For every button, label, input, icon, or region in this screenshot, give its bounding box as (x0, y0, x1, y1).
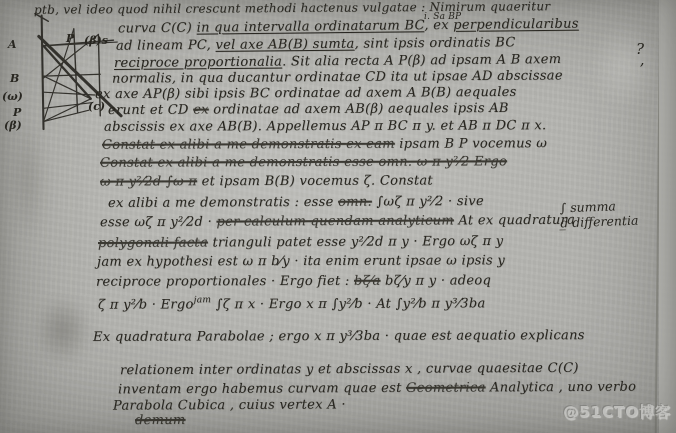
handwritten-text: in qua intervalla ordinatarum BC (197, 18, 425, 35)
handwritten-text: vel axe AB(B) sumta (215, 37, 354, 53)
struck-text: bζ⁄a (354, 274, 381, 289)
diagram-point-label: P (13, 106, 21, 119)
handwritten-text: ∫ωζ π y²⁄2 · sive (372, 194, 484, 210)
manuscript-line: ω π y²⁄2d ∫ω π et ipsam B(B) vocemus ζ. … (100, 174, 433, 188)
handwritten-text: ptb, vel ideo quod nihil crescunt method… (34, 0, 550, 17)
handwritten-text: jam ex hypothesi est ω π b⁄y · ita enim … (97, 253, 505, 269)
handwritten-text: ipsam B P vocemus ω (395, 136, 547, 152)
manuscript-line: Ex quadratura Parabolae ; ergo x π y³⁄3b… (93, 329, 585, 344)
handwritten-text: erunt et CD (108, 103, 193, 118)
manuscript-line: ex alibi a me demonstratis : esse omn. ∫… (108, 195, 484, 210)
struck-text: ex eam (346, 137, 395, 152)
manuscript-line: reciproce proportionalia. Sit alia recta… (114, 53, 561, 70)
handwritten-text: , sint ipsis ordinatis BC (354, 35, 515, 51)
struck-text: ex (193, 103, 209, 118)
manuscript-line: esse ωζ π y²⁄2d · per calculum quendam a… (100, 214, 575, 229)
paper-highlight (590, 20, 660, 110)
watermark: @51CTO博客 (563, 401, 671, 422)
manuscript-line: inventam ergo habemus curvam quae est Ge… (118, 381, 636, 397)
ink-smudge-stain (34, 295, 92, 365)
struck-text: per calculum quendam analyticum (216, 213, 454, 229)
paper-edge-margin (659, 0, 676, 433)
handwritten-text: Analytica , uno verbo (486, 380, 637, 396)
manuscript-line: erunt et CD ex ordinatae ad axem AB(β) a… (108, 102, 509, 117)
margin-mark: ? (636, 40, 644, 58)
handwritten-text: ex axe AP(β) sibi ipsis BC ordinatae ad … (95, 85, 517, 102)
diagram-point-label: B (10, 72, 19, 85)
handwritten-text: ex alibi a me demonstratis : esse (108, 195, 338, 211)
struck-text: demum (135, 413, 186, 428)
handwritten-text: reciproce proportionales · Ergo fiet : (96, 274, 354, 290)
diagram-point-label: (β)s (84, 34, 108, 47)
handwritten-text: Parabola Cubica , cuius vertex A · (113, 397, 346, 413)
manuscript-line: polygonali facta trianguli patet esse y²… (98, 235, 503, 250)
handwritten-text: ζ π y²⁄b · Ergo (98, 297, 194, 312)
struck-text: Constat ex alibi a me demonstratis esse (100, 155, 379, 171)
handwritten-text: trianguli patet esse y²⁄2d π y · Ergo ωζ… (208, 234, 503, 251)
handwritten-text: et ipsam B(B) vocemus ζ. Constat (197, 173, 433, 189)
struck-text: Geometrica (406, 380, 486, 395)
margin-mark: ʼ (639, 60, 644, 78)
handwritten-text: abscissis ex axe AB(B). Appellemus AP π … (104, 118, 546, 135)
manuscript-line: jam ex hypothesi est ω π b⁄y · ita enim … (97, 254, 505, 268)
handwritten-text: Ex quadratura Parabolae ; ergo x π y³⁄3b… (93, 328, 585, 345)
manuscript-line: Parabola Cubica , cuius vertex A · (113, 398, 346, 412)
handwritten-text: ordinatae ad axem AB(β) aequales ipsis A… (209, 101, 509, 118)
manuscript-line: reciproce proportionales · Ergo fiet : b… (96, 274, 491, 288)
struck-text: ω π y²⁄2d (100, 174, 161, 189)
handwritten-text: normalis, in qua ducantur ordinatae CD i… (112, 68, 563, 86)
handwritten-text: ad lineam PC, (116, 38, 216, 54)
handwritten-text: ∫ζ π x · Ergo x π ∫y²⁄b · At ∫y²⁄b π y³⁄… (211, 296, 485, 312)
diagram-point-label: (ω) (2, 90, 23, 103)
handwritten-text: inventam ergo habemus curvam quae est (118, 381, 406, 398)
struck-text: Constat ex alibi a me demonstratis (102, 137, 346, 153)
manuscript-line: Constat ex alibi a me demonstratis esse … (100, 155, 507, 169)
manuscript-line: ζ π y²⁄b · Ergojam ∫ζ π x · Ergo x π ∫y²… (98, 295, 486, 311)
manuscript-line: normalis, in qua ducantur ordinatae CD i… (112, 69, 563, 85)
manuscript-line: curva C(C) in qua intervalla ordinatarum… (118, 18, 579, 36)
struck-text: omn. (338, 195, 372, 210)
manuscript-line: abscissis ex axe AB(B). Appellemus AP π … (104, 119, 546, 134)
struck-text: omn. ω π y²⁄2 (378, 154, 469, 169)
interline-note: i. Sa BP (424, 12, 461, 22)
diagram-point-label: (β) (4, 119, 22, 132)
manuscript-line: demum (135, 414, 186, 427)
struck-text: polygonali facta (98, 235, 208, 251)
manuscript-line: Constat ex alibi a me demonstratis ex ea… (102, 137, 547, 152)
struck-text: Ergo (470, 154, 508, 169)
handwritten-text: esse ωζ π y²⁄2d · (100, 215, 217, 231)
manuscript-line: ex axe AP(β) sibi ipsis BC ordinatae ad … (95, 86, 517, 101)
diagram-point-label: A (8, 38, 17, 51)
handwritten-text: relationem inter ordinatas y et abscissa… (120, 361, 579, 378)
diagram-point-label: (c) (88, 100, 105, 113)
manuscript-line: ptb, vel ideo quod nihil crescunt method… (34, 0, 550, 16)
handwritten-text: . Sit alia recta A P(β) ad ipsam A B axe… (282, 52, 561, 69)
handwritten-text: perpendicularibus (453, 17, 579, 33)
manuscript-line: relationem inter ordinatas y et abscissa… (120, 362, 579, 377)
handwritten-text: jam (194, 295, 212, 305)
struck-text: ∫ω π (161, 174, 197, 189)
manuscript-line: ad lineam PC, vel axe AB(B) sumta, sint … (116, 36, 516, 52)
diagram-point-label: P (66, 32, 74, 45)
handwritten-text: bζ⁄y π y · adeoq (380, 273, 491, 288)
handwritten-text: curva C(C) (118, 21, 197, 37)
handwritten-text: At ex quadratura (454, 213, 575, 229)
manuscript-photo: ∫ summa d̲ differentia ptb, vel ideo quo… (0, 0, 676, 433)
handwritten-text: reciproce proportionalia (114, 54, 282, 70)
